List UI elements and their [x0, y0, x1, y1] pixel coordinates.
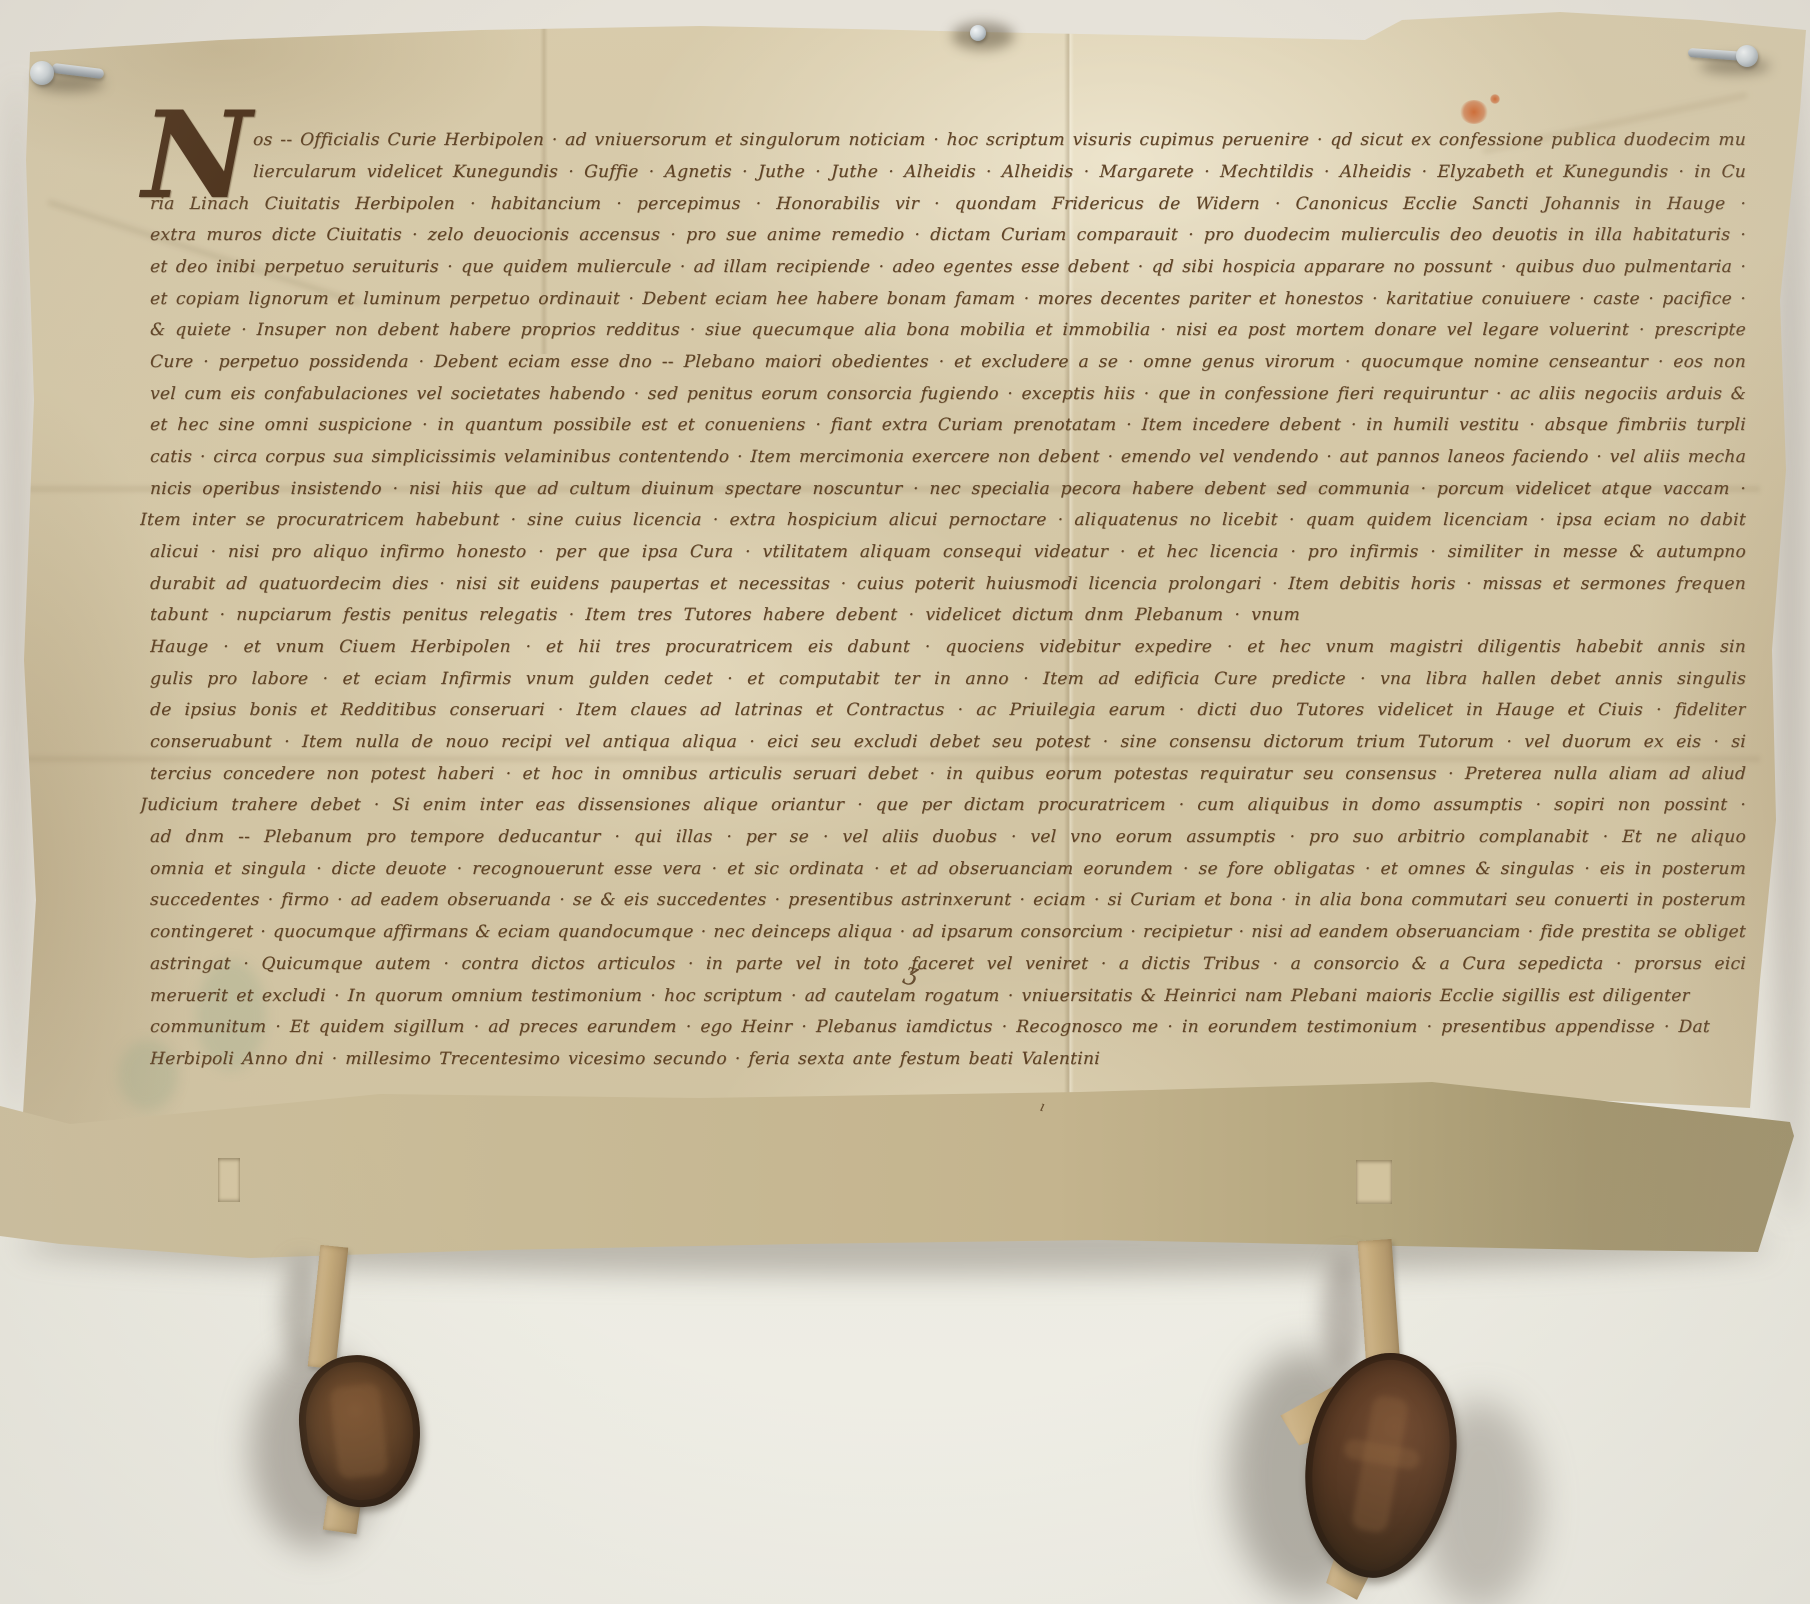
text-line: catis · circa corpus sua simplicissimis … [149, 444, 1746, 474]
text-line: liercularum videlicet Kunegundis · Guffi… [252, 159, 1746, 189]
text-line: et copiam lignorum et luminum perpetuo o… [149, 286, 1746, 316]
text-line: alicui · nisi pro aliquo infirmo honesto… [149, 539, 1746, 569]
text-line: communitum · Et quidem sigillum · ad pre… [149, 1014, 1710, 1044]
sheet-shadow-left [4, 80, 30, 1120]
text-line: vel cum eis confabulaciones vel societat… [149, 381, 1746, 411]
plica-slit-right [1356, 1160, 1392, 1204]
push-pin-center-head [970, 25, 986, 41]
text-line: meruerit et excludi · In quorum omnium t… [149, 983, 1690, 1013]
left-seal-relief [329, 1383, 388, 1480]
text-line: Item inter se procuratricem habebunt · s… [139, 507, 1746, 537]
charter-photograph: ı N os -- Officialis Curie Herbipolen · … [0, 0, 1810, 1604]
text-line: ria Linach Ciuitatis Herbipolen · habita… [149, 191, 1746, 221]
text-line: os -- Officialis Curie Herbipolen · ad v… [252, 127, 1746, 157]
text-line: extra muros dicte Ciuitatis · zelo deuoc… [149, 222, 1746, 252]
text-line: Herbipoli Anno dni · millesimo Trecentes… [149, 1046, 1100, 1076]
text-line: contingeret · quocumque affirmans & ecia… [149, 919, 1746, 949]
text-line: tabunt · nupciarum festis penitus relega… [149, 602, 1300, 632]
plica-slit-left [218, 1158, 240, 1202]
text-line: succedentes · firmo · ad eadem obseruand… [149, 887, 1746, 917]
text-line: Hauge · et vnum Ciuem Herbipolen · et hi… [149, 634, 1746, 664]
text-line: et deo inibi perpetuo seruituris · que q… [149, 254, 1746, 284]
text-line: tercius concedere non potest haberi · et… [149, 761, 1746, 791]
push-pin-right-head [1736, 45, 1758, 67]
text-line: nicis operibus insistendo · nisi hiis qu… [149, 476, 1746, 506]
text-line: astringat · Quicumque autem · contra dic… [149, 951, 1746, 981]
text-line: Judicium trahere debet · Si enim inter e… [139, 792, 1746, 822]
text-line: gulis pro labore · et eciam Infirmis vnu… [149, 666, 1746, 696]
text-line: ad dnm -- Plebanum pro tempore deducantu… [149, 824, 1746, 854]
text-line: durabit ad quatuordecim dies · nisi sit … [149, 571, 1746, 601]
red-wax-dot [1490, 94, 1500, 104]
text-line: de ipsius bonis et Redditibus conseruari… [149, 697, 1746, 727]
pin-shadow-right [1700, 58, 1770, 74]
red-wax-trace [1460, 100, 1488, 124]
text-line: & quiete · Insuper non debent habere pro… [149, 317, 1746, 347]
text-line: et hec sine omni suspicione · in quantum… [149, 412, 1746, 442]
text-line: Cure · perpetuo possidenda · Debent ecia… [149, 349, 1746, 379]
push-pin-left-head [30, 61, 54, 85]
text-line: omnia et singula · dicte deuote · recogn… [149, 856, 1746, 886]
text-line: conseruabunt · Item nulla de nouo recipi… [149, 729, 1746, 759]
